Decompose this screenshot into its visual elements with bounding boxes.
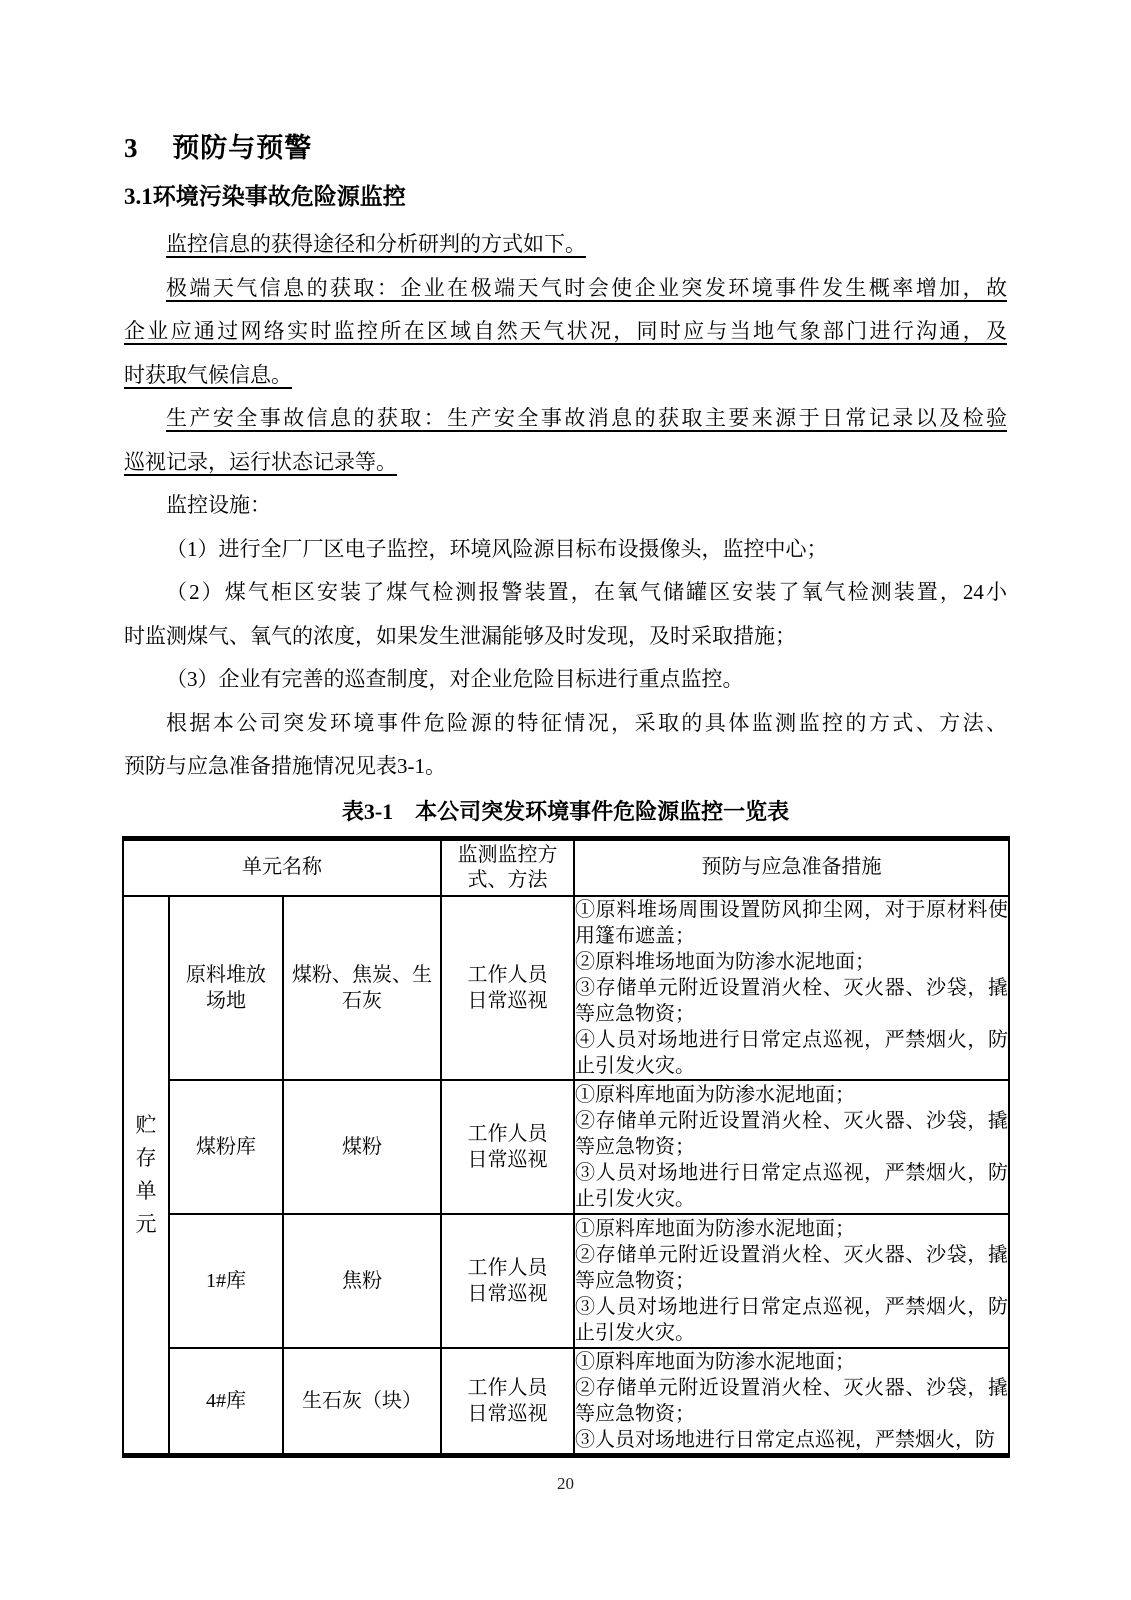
- paragraph-line: 企业应通过网络实时监控所在区域自然天气状况，同时应与当地气象部门进行沟通，及: [124, 310, 1007, 354]
- paragraph-line: 监控信息的获得途径和分析研判的方式如下。: [124, 223, 1007, 267]
- method-cell: 工作人员日常巡视: [441, 1214, 574, 1348]
- unit-line: 原料堆放: [170, 962, 282, 988]
- header-measures: 预防与应急准备措施: [574, 838, 1009, 896]
- paragraph: （2）煤气柜区安装了煤气检测报警装置，在氧气储罐区安装了氧气检测装置，24小时监…: [124, 571, 1007, 658]
- method-cell: 工作人员日常巡视: [441, 1348, 574, 1456]
- material-cell: 生石灰（块）: [283, 1348, 441, 1456]
- paragraph: （3）企业有完善的巡查制度，对企业危险目标进行重点监控。: [124, 658, 1007, 702]
- material-line: 石灰: [284, 988, 440, 1014]
- material-line: 生石灰（块）: [284, 1388, 440, 1414]
- paragraph-line: 极端天气信息的获取：企业在极端天气时会使企业突发环境事件发生概率增加，故: [124, 267, 1007, 311]
- measures-cell: ①原料堆场周围设置防风抑尘网，对于原材料使用篷布遮盖；②原料堆场地面为防渗水泥地…: [574, 896, 1009, 1080]
- method-cell: 工作人员日常巡视: [441, 896, 574, 1080]
- unit-cell: 原料堆放场地: [169, 896, 283, 1080]
- method-line: 工作人员: [442, 1255, 573, 1281]
- paragraph-line: （3）企业有完善的巡查制度，对企业危险目标进行重点监控。: [124, 658, 1007, 702]
- method-cell: 工作人员日常巡视: [441, 1080, 574, 1214]
- paragraph-line: （1）进行全厂厂区电子监控，环境风险源目标布设摄像头，监控中心；: [124, 528, 1007, 572]
- group-cell-storage-units: 贮存单元: [123, 896, 169, 1456]
- measure-item: ③人员对场地进行日常定点巡视，严禁烟火，防止引发火灾。: [575, 1160, 1008, 1212]
- table-row: 4#库生石灰（块）工作人员日常巡视①原料库地面为防渗水泥地面；②存储单元附近设置…: [123, 1348, 1009, 1456]
- method-line: 工作人员: [442, 1375, 573, 1401]
- method-line: 工作人员: [442, 962, 573, 988]
- measures-cell: ①原料库地面为防渗水泥地面；②存储单元附近设置消火栓、灭火器、沙袋，撬等应急物资…: [574, 1080, 1009, 1214]
- unit-line: 场地: [170, 988, 282, 1014]
- unit-cell: 1#库: [169, 1214, 283, 1348]
- paragraph-line: （2）煤气柜区安装了煤气检测报警装置，在氧气储罐区安装了氧气检测装置，24小: [124, 571, 1007, 615]
- paragraph: 监控设施：: [124, 484, 1007, 528]
- measure-item: ④人员对场地进行日常定点巡视，严禁烟火，防止引发火灾。: [575, 1027, 1008, 1079]
- unit-line: 1#库: [170, 1268, 282, 1294]
- material-line: 煤粉、焦炭、生: [284, 962, 440, 988]
- paragraph-line: 巡视记录，运行状态记录等。: [124, 441, 1007, 485]
- paragraph: （1）进行全厂厂区电子监控，环境风险源目标布设摄像头，监控中心；: [124, 528, 1007, 572]
- measure-item: ③存储单元附近设置消火栓、灭火器、沙袋，撬等应急物资；: [575, 975, 1008, 1027]
- unit-line: 4#库: [170, 1388, 282, 1414]
- method-line: 日常巡视: [442, 988, 573, 1014]
- paragraph: 生产安全事故信息的获取：生产安全事故消息的获取主要来源于日常记录以及检验巡视记录…: [124, 397, 1007, 484]
- table-caption: 表3-1 本公司突发环境事件危险源监控一览表: [124, 790, 1007, 833]
- header-unit-name: 单元名称: [123, 838, 441, 896]
- page-number: 20: [0, 1474, 1131, 1494]
- paragraph-line: 预防与应急准备措施情况见表3-1。: [124, 745, 1007, 789]
- unit-cell: 煤粉库: [169, 1080, 283, 1214]
- measure-item: ②存储单元附近设置消火栓、灭火器、沙袋，撬等应急物资；: [575, 1375, 1008, 1427]
- paragraph-line: 时监测煤气、氧气的浓度，如果发生泄漏能够及时发现，及时采取措施；: [124, 615, 1007, 659]
- material-line: 焦粉: [284, 1268, 440, 1294]
- measure-item: ①原料库地面为防渗水泥地面；: [575, 1082, 1008, 1108]
- paragraph-line: 生产安全事故信息的获取：生产安全事故消息的获取主要来源于日常记录以及检验: [124, 397, 1007, 441]
- table-row: 贮存单元原料堆放场地煤粉、焦炭、生石灰工作人员日常巡视①原料堆场周围设置防风抑尘…: [123, 896, 1009, 1080]
- paragraph: 监控信息的获得途径和分析研判的方式如下。: [124, 223, 1007, 267]
- paragraph: 极端天气信息的获取：企业在极端天气时会使企业突发环境事件发生概率增加，故企业应通…: [124, 267, 1007, 398]
- section-heading: 3 预防与预警: [124, 0, 1007, 166]
- paragraph-line: 时获取气候信息。: [124, 354, 1007, 398]
- material-line: 煤粉: [284, 1134, 440, 1160]
- measures-cell: ①原料库地面为防渗水泥地面；②存储单元附近设置消火栓、灭火器、沙袋，撬等应急物资…: [574, 1348, 1009, 1456]
- table-body: 贮存单元原料堆放场地煤粉、焦炭、生石灰工作人员日常巡视①原料堆场周围设置防风抑尘…: [123, 896, 1009, 1456]
- paragraph: 根据本公司突发环境事件危险源的特征情况，采取的具体监测监控的方式、方法、预防与应…: [124, 702, 1007, 789]
- measure-item: ②原料堆场地面为防渗水泥地面；: [575, 949, 1008, 975]
- measure-item: ②存储单元附近设置消火栓、灭火器、沙袋，撬等应急物资；: [575, 1108, 1008, 1160]
- table-header-row: 单元名称 监测监控方式、方法 预防与应急准备措施: [123, 838, 1009, 896]
- hazard-monitoring-table: 单元名称 监测监控方式、方法 预防与应急准备措施 贮存单元原料堆放场地煤粉、焦炭…: [122, 836, 1010, 1458]
- measure-item: ①原料库地面为防渗水泥地面；: [575, 1349, 1008, 1375]
- header-method: 监测监控方式、方法: [441, 838, 574, 896]
- measures-cell: ①原料库地面为防渗水泥地面；②存储单元附近设置消火栓、灭火器、沙袋，撬等应急物资…: [574, 1214, 1009, 1348]
- unit-cell: 4#库: [169, 1348, 283, 1456]
- unit-line: 煤粉库: [170, 1134, 282, 1160]
- header-method-line: 监测监控方: [442, 843, 573, 868]
- page-content: 3 预防与预警 3.1环境污染事故危险源监控 监控信息的获得途径和分析研判的方式…: [124, 0, 1007, 1458]
- section-title: 预防与预警: [172, 130, 312, 166]
- method-line: 日常巡视: [442, 1147, 573, 1173]
- measure-item: ①原料库地面为防渗水泥地面；: [575, 1216, 1008, 1242]
- paragraph-line: 根据本公司突发环境事件危险源的特征情况，采取的具体监测监控的方式、方法、: [124, 702, 1007, 746]
- document-page: 3 预防与预警 3.1环境污染事故危险源监控 监控信息的获得途径和分析研判的方式…: [0, 0, 1131, 1600]
- header-method-lines: 监测监控方式、方法: [442, 843, 573, 893]
- method-line: 日常巡视: [442, 1281, 573, 1307]
- method-line: 日常巡视: [442, 1401, 573, 1427]
- material-cell: 煤粉: [283, 1080, 441, 1214]
- method-line: 工作人员: [442, 1121, 573, 1147]
- paragraphs: 监控信息的获得途径和分析研判的方式如下。极端天气信息的获取：企业在极端天气时会使…: [124, 223, 1007, 789]
- table-header: 单元名称 监测监控方式、方法 预防与应急准备措施: [123, 838, 1009, 896]
- section-number: 3: [124, 130, 138, 166]
- measure-item: ③人员对场地进行日常定点巡视，严禁烟火，防: [575, 1427, 1008, 1453]
- header-method-line: 式、方法: [442, 868, 573, 893]
- measure-item: ②存储单元附近设置消火栓、灭火器、沙袋，撬等应急物资；: [575, 1242, 1008, 1294]
- material-cell: 焦粉: [283, 1214, 441, 1348]
- subsection-heading: 3.1环境污染事故危险源监控: [124, 182, 1007, 212]
- table-row: 煤粉库煤粉工作人员日常巡视①原料库地面为防渗水泥地面；②存储单元附近设置消火栓、…: [123, 1080, 1009, 1214]
- measure-item: ③人员对场地进行日常定点巡视，严禁烟火，防止引发火灾。: [575, 1294, 1008, 1346]
- material-cell: 煤粉、焦炭、生石灰: [283, 896, 441, 1080]
- paragraph-line: 监控设施：: [124, 484, 1007, 528]
- table-row: 1#库焦粉工作人员日常巡视①原料库地面为防渗水泥地面；②存储单元附近设置消火栓、…: [123, 1214, 1009, 1348]
- measure-item: ①原料堆场周围设置防风抑尘网，对于原材料使用篷布遮盖；: [575, 897, 1008, 949]
- group-label: 贮存单元: [135, 1109, 157, 1241]
